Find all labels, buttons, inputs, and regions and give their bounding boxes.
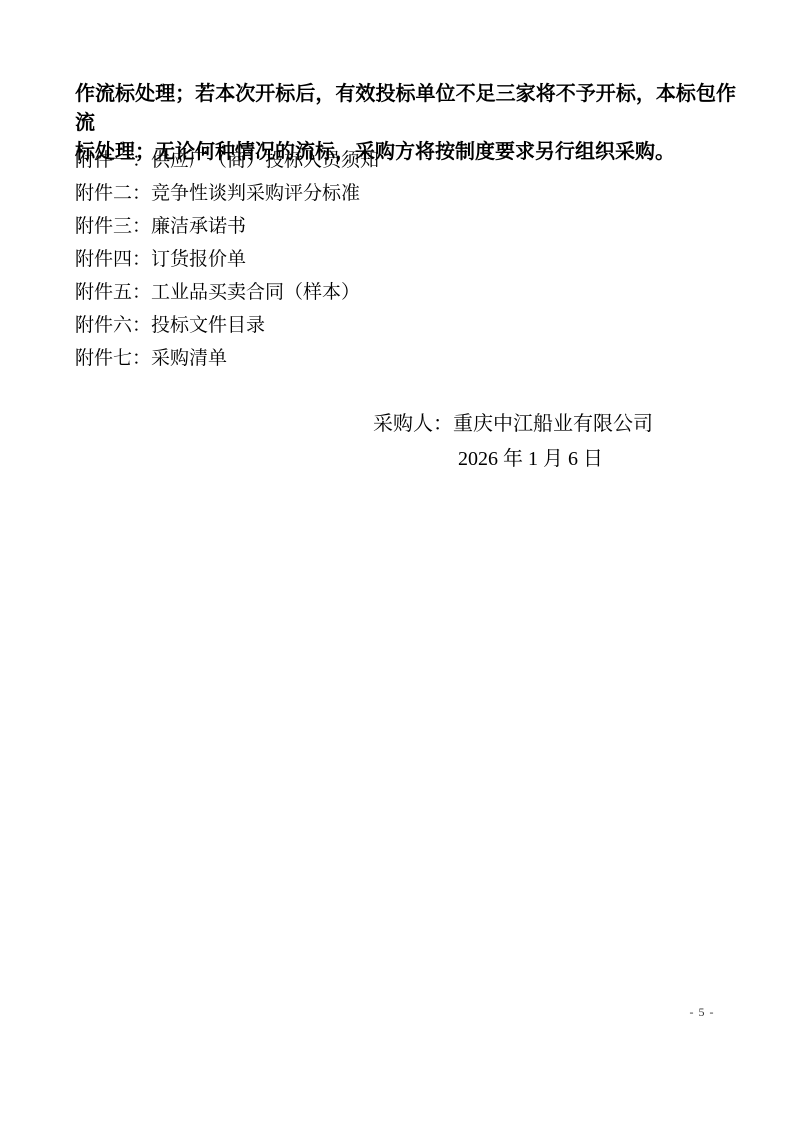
attachment-item-5: 附件五：工业品买卖合同（样本）: [75, 276, 379, 309]
attachment-list: 附件一：供应厂（商）投标人员须知 附件二：竞争性谈判采购评分标准 附件三：廉洁承…: [75, 144, 379, 375]
buyer-name-line: 采购人：重庆中江船业有限公司: [373, 412, 653, 436]
attachment-item-2: 附件二：竞争性谈判采购评分标准: [75, 177, 379, 210]
document-page: 作流标处理；若本次开标后，有效投标单位不足三家将不予开标，本标包作流 标处理；无…: [0, 0, 793, 1122]
attachment-item-4: 附件四：订货报价单: [75, 243, 379, 276]
attachment-item-3: 附件三：廉洁承诺书: [75, 210, 379, 243]
signature-block: 采购人：重庆中江船业有限公司 2026 年 1 月 6 日: [373, 412, 653, 471]
attachment-item-7: 附件七：采购清单: [75, 342, 379, 375]
intro-line-1: 作流标处理；若本次开标后，有效投标单位不足三家将不予开标，本标包作流: [75, 80, 736, 138]
page-number: - 5 -: [664, 1005, 740, 1020]
attachment-item-6: 附件六：投标文件目录: [75, 309, 379, 342]
attachment-item-1: 附件一：供应厂（商）投标人员须知: [75, 144, 379, 177]
signature-date-line: 2026 年 1 月 6 日: [458, 447, 653, 471]
